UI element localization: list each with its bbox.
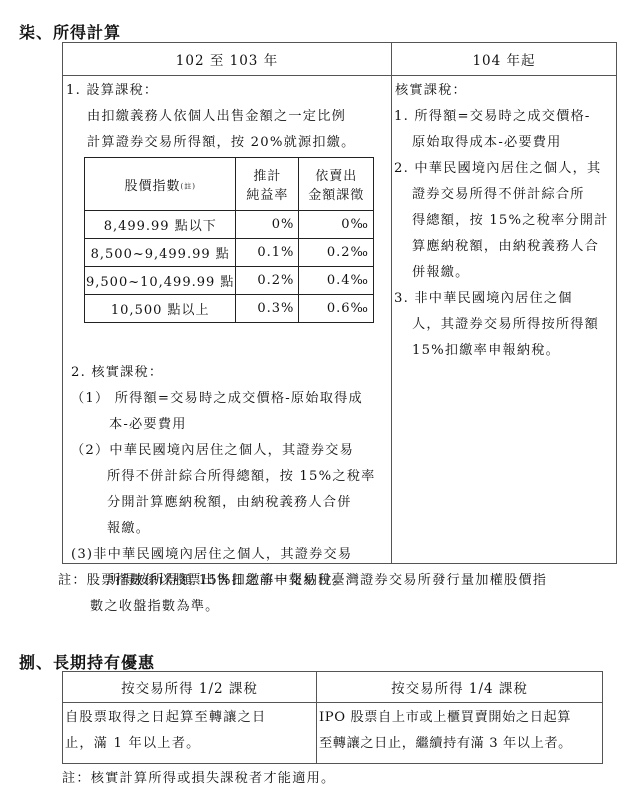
- rate-header-note: (註): [180, 182, 195, 190]
- right-title: 核實課稅：: [395, 78, 467, 104]
- rate-index: 10,500 點以上: [85, 295, 236, 323]
- right-item2-line4: 算應納稅額，由納稅義務人合: [412, 234, 599, 260]
- col-header-quarter: 按交易所得 1/4 課稅: [317, 672, 603, 703]
- rate-levy: 0.4‰: [299, 267, 374, 295]
- rate-header-index: 股價指數(註): [85, 158, 236, 211]
- rate-index: 9,500~10,499.99 點: [85, 267, 236, 295]
- section-8-note: 註：核實計算所得或損失課稅者才能適用。: [62, 766, 335, 792]
- col-header-104: 104 年起: [392, 43, 617, 76]
- right-item1-line1: 1. 所得額=交易時之成交價格-: [394, 104, 591, 130]
- rate-net: 0.1%: [236, 239, 299, 267]
- rate-row: 10,500 點以上 0.3% 0.6‰: [85, 295, 374, 323]
- rate-row: 8,500~9,499.99 點 0.1% 0.2‰: [85, 239, 374, 267]
- rate-levy: 0.6‰: [299, 295, 374, 323]
- rate-net: 0%: [236, 211, 299, 239]
- half-tax-condition: 自股票取得之日起算至轉讓之日 止，滿 1 年以上者。: [63, 703, 317, 764]
- section-8-title: 捌、長期持有優惠: [19, 650, 155, 673]
- item2-sub1-line1: （1） 所得額=交易時之成交價格-原始取得成: [71, 386, 363, 412]
- item2-title: 2. 核實課稅：: [71, 360, 163, 386]
- rate-net: 0.2%: [236, 267, 299, 295]
- item2-sub3-line1: (3)非中華民國境內居住之個人，其證券交易: [71, 542, 352, 568]
- income-calculation-table: 102 至 103 年 104 年起 1. 設算課稅： 由扣繳義務人依個人出售金…: [62, 42, 617, 564]
- rate-index: 8,499.99 點以下: [85, 211, 236, 239]
- right-item1-line2: 原始取得成本-必要費用: [412, 130, 562, 156]
- rate-row: 8,499.99 點以下 0% 0‰: [85, 211, 374, 239]
- right-cell-104: 核實課稅： 1. 所得額=交易時之成交價格- 原始取得成本-必要費用 2. 中華…: [392, 76, 617, 564]
- section-7-title: 柒、所得計算: [19, 20, 121, 43]
- rate-header-levy-l1: 依賣出: [303, 165, 369, 184]
- rate-table: 股價指數(註) 推計 純益率 依賣出 金額課徵 8,499.99 點以下 0% …: [84, 157, 374, 323]
- col-header-half: 按交易所得 1/2 課稅: [63, 672, 317, 703]
- right-item3-line3: 15%扣繳率申報納稅。: [412, 338, 560, 364]
- half-condition-line2: 止，滿 1 年以上者。: [65, 731, 316, 757]
- item1-line-2: 計算證券交易所得額，按 20%就源扣繳。: [87, 130, 356, 156]
- section-7-note-line1: 註：股票指數係以股票出售日之前一交易日臺灣證券交易所發行量加權股價指: [58, 568, 547, 594]
- rate-levy: 0‰: [299, 211, 374, 239]
- long-term-holding-table: 按交易所得 1/2 課稅 按交易所得 1/4 課稅 自股票取得之日起算至轉讓之日…: [62, 671, 603, 764]
- rate-header-levy: 依賣出 金額課徵: [299, 158, 374, 211]
- rate-row: 9,500~10,499.99 點 0.2% 0.4‰: [85, 267, 374, 295]
- half-condition-line1: 自股票取得之日起算至轉讓之日: [65, 705, 316, 731]
- item1-line-1: 由扣繳義務人依個人出售金額之一定比例: [87, 104, 346, 130]
- rate-header-net-l1: 推計: [240, 165, 294, 184]
- right-item2-line5: 併報繳。: [412, 260, 470, 286]
- right-item3-line2: 人，其證券交易所得按所得額: [412, 312, 599, 338]
- quarter-condition-line1: IPO 股票自上市或上櫃買賣開始之日起算: [319, 705, 602, 731]
- item2-sub2-line1: （2）中華民國境內居住之個人，其證券交易: [71, 438, 354, 464]
- item1-title: 1. 設算課稅：: [66, 78, 158, 104]
- rate-net: 0.3%: [236, 295, 299, 323]
- col-header-102-103: 102 至 103 年: [63, 43, 392, 76]
- item2-sub2-line4: 報繳。: [107, 516, 150, 542]
- item2-sub2-line3: 分開計算應納稅額，由納稅義務人合併: [107, 490, 352, 516]
- rate-header-net: 推計 純益率: [236, 158, 299, 211]
- item2-sub2-line2: 所得不併計綜合所得總額，按 15%之稅率: [107, 464, 376, 490]
- right-item3-line1: 3. 非中華民國境內居住之個: [394, 286, 573, 312]
- item2-sub1-line2: 本-必要費用: [109, 412, 187, 438]
- quarter-condition-line2: 至轉讓之日止，繼續持有滿 3 年以上者。: [319, 731, 602, 757]
- rate-header-index-label: 股價指數: [124, 179, 180, 194]
- rate-index: 8,500~9,499.99 點: [85, 239, 236, 267]
- right-item2-line2: 證券交易所得不併計綜合所: [412, 182, 585, 208]
- left-cell-102-103: 1. 設算課稅： 由扣繳義務人依個人出售金額之一定比例 計算證券交易所得額，按 …: [63, 76, 392, 564]
- rate-levy: 0.2‰: [299, 239, 374, 267]
- right-item2-line1: 2. 中華民國境內居住之個人，其: [394, 156, 601, 182]
- right-item2-line3: 得總額，按 15%之稅率分開計: [412, 208, 609, 234]
- section-7-note-line2: 數之收盤指數為準。: [90, 594, 220, 620]
- quarter-tax-condition: IPO 股票自上市或上櫃買賣開始之日起算 至轉讓之日止，繼續持有滿 3 年以上者…: [317, 703, 603, 764]
- rate-header-net-l2: 純益率: [240, 184, 294, 203]
- rate-header-levy-l2: 金額課徵: [303, 184, 369, 203]
